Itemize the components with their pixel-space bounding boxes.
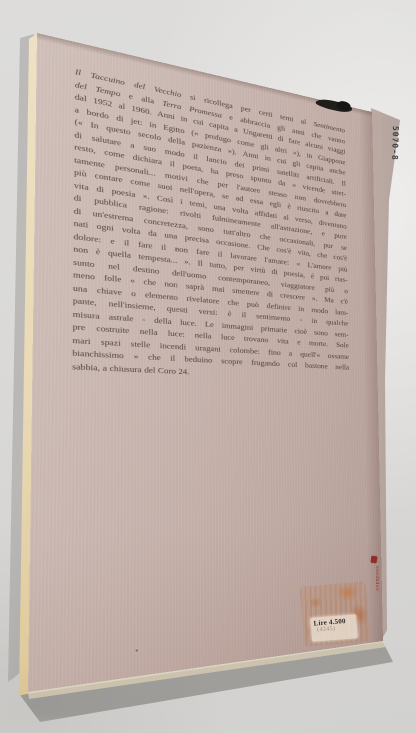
price-sticker: Lire 4.500 (4245)	[310, 614, 358, 642]
dust-speck	[136, 649, 138, 651]
publisher-logo-icon	[371, 556, 378, 564]
blurb-text: Il Taccuino del Vecchio si ricollega per…	[72, 66, 349, 385]
spine-code-text: 5070-8	[390, 126, 400, 161]
publisher-text: mondadori	[375, 566, 380, 591]
photo-scene: Il Taccuino del Vecchio si ricollega per…	[0, 0, 416, 733]
